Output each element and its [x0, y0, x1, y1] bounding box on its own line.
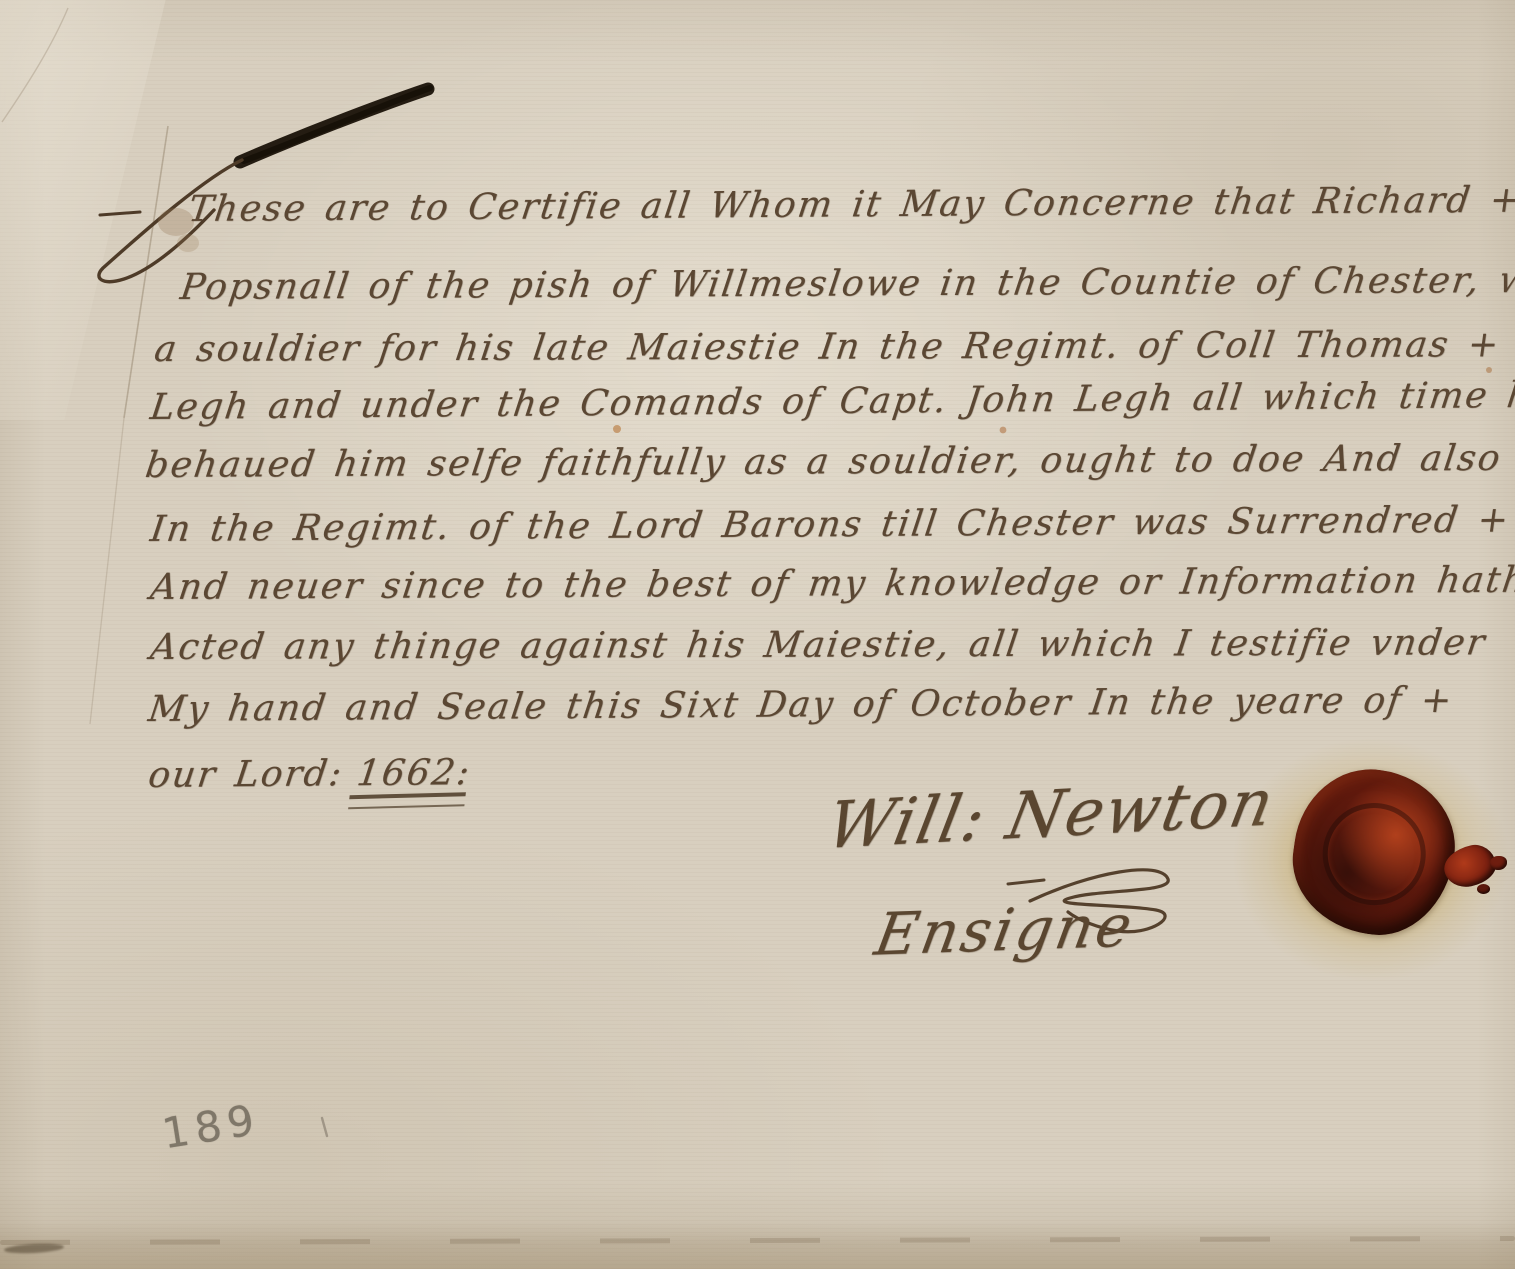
bottom-torn-edge-shadow — [0, 1222, 1515, 1269]
text-line-5: behaued him selfe faithfully as a souldi… — [143, 439, 1504, 486]
closing-prefix: our Lord: — [146, 753, 346, 796]
text-line-3: a souldier for his late Maiestie In the … — [152, 325, 1503, 369]
signature-rank: Ensigne — [870, 891, 1140, 968]
paper-corner-crease — [2, 8, 68, 122]
text-line-2: Popsnall of the pish of Willmeslowe in t… — [178, 261, 1515, 308]
wax-crumb-small — [1477, 884, 1490, 894]
text-line-7: And neuer since to the best of my knowle… — [148, 561, 1515, 608]
text-line-8: Acted any thinge against his Maiestie, a… — [148, 623, 1489, 667]
paper-fleck-3 — [1486, 367, 1492, 373]
closing-year-underlined: 1662: — [354, 753, 473, 794]
pencil-tick — [322, 1118, 327, 1136]
text-line-closing: our Lord:1662: — [146, 753, 473, 795]
flourish-dash — [100, 212, 140, 215]
paper-crease-line-lower — [90, 418, 124, 724]
paper-crease-line — [124, 126, 168, 418]
paper-fleck — [613, 425, 621, 433]
ink-blot-small — [177, 234, 199, 252]
manuscript-paper: These are to Certifie all Whom it May Co… — [0, 0, 1515, 1269]
paper-fleck-2 — [1000, 427, 1007, 434]
signature-flourish-dash — [1008, 880, 1044, 884]
heavy-ink-stroke-core — [244, 88, 430, 161]
